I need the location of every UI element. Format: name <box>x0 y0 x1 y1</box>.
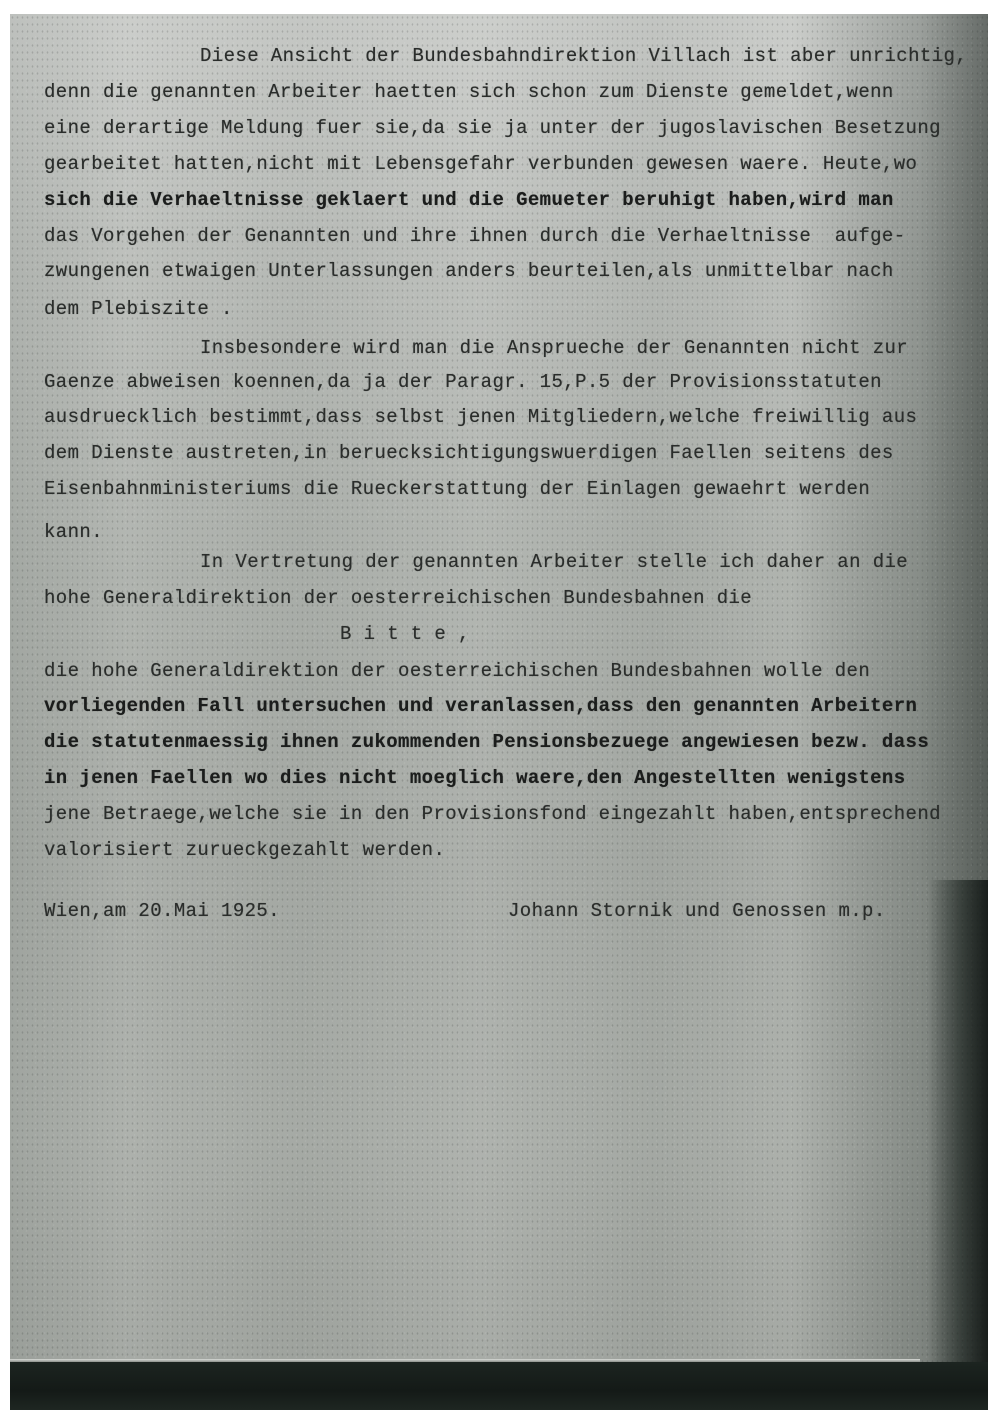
text-line: die statutenmaessig ihnen zukommenden Pe… <box>44 730 929 754</box>
text-line: Diese Ansicht der Bundesbahndirektion Vi… <box>200 44 967 68</box>
text-line: das Vorgehen der Genannten und ihre ihne… <box>44 224 906 248</box>
text-line: dem Dienste austreten,in beruecksichtigu… <box>44 441 894 465</box>
text-line: sich die Verhaeltnisse geklaert und die … <box>44 188 894 212</box>
text-line: dem Plebiszite . <box>44 297 233 321</box>
text-line: jene Betraege,welche sie in den Provisio… <box>44 802 941 826</box>
text-line: vorliegenden Fall untersuchen und veranl… <box>44 694 917 718</box>
text-line: kann. <box>44 520 103 544</box>
request-heading: B i t t e , <box>340 622 470 646</box>
text-line: gearbeitet hatten,nicht mit Lebensgefahr… <box>44 152 917 176</box>
text-line: ausdruecklich bestimmt,dass selbst jenen… <box>44 405 917 429</box>
place-date: Wien,am 20.Mai 1925. <box>44 899 280 923</box>
text-line: eine derartige Meldung fuer sie,da sie j… <box>44 116 941 140</box>
text-line: in jenen Faellen wo dies nicht moeglich … <box>44 766 906 790</box>
text-line: Insbesondere wird man die Ansprueche der… <box>200 336 908 360</box>
text-line: In Vertretung der genannten Arbeiter ste… <box>200 550 908 574</box>
scan-bottom-band <box>10 1362 988 1410</box>
text-line: die hohe Generaldirektion der oesterreic… <box>44 659 870 683</box>
text-line: hohe Generaldirektion der oesterreichisc… <box>44 586 752 610</box>
text-line: zwungenen etwaigen Unterlassungen anders… <box>44 259 894 283</box>
text-line: Gaenze abweisen koennen,da ja der Paragr… <box>44 370 882 394</box>
page-edge-shadow <box>928 880 988 1365</box>
text-line: Eisenbahnministeriums die Rueckerstattun… <box>44 477 870 501</box>
text-line: denn die genannten Arbeiter haetten sich… <box>44 80 894 104</box>
text-line: valorisiert zurueckgezahlt werden. <box>44 838 445 862</box>
signature: Johann Stornik und Genossen m.p. <box>508 899 886 923</box>
